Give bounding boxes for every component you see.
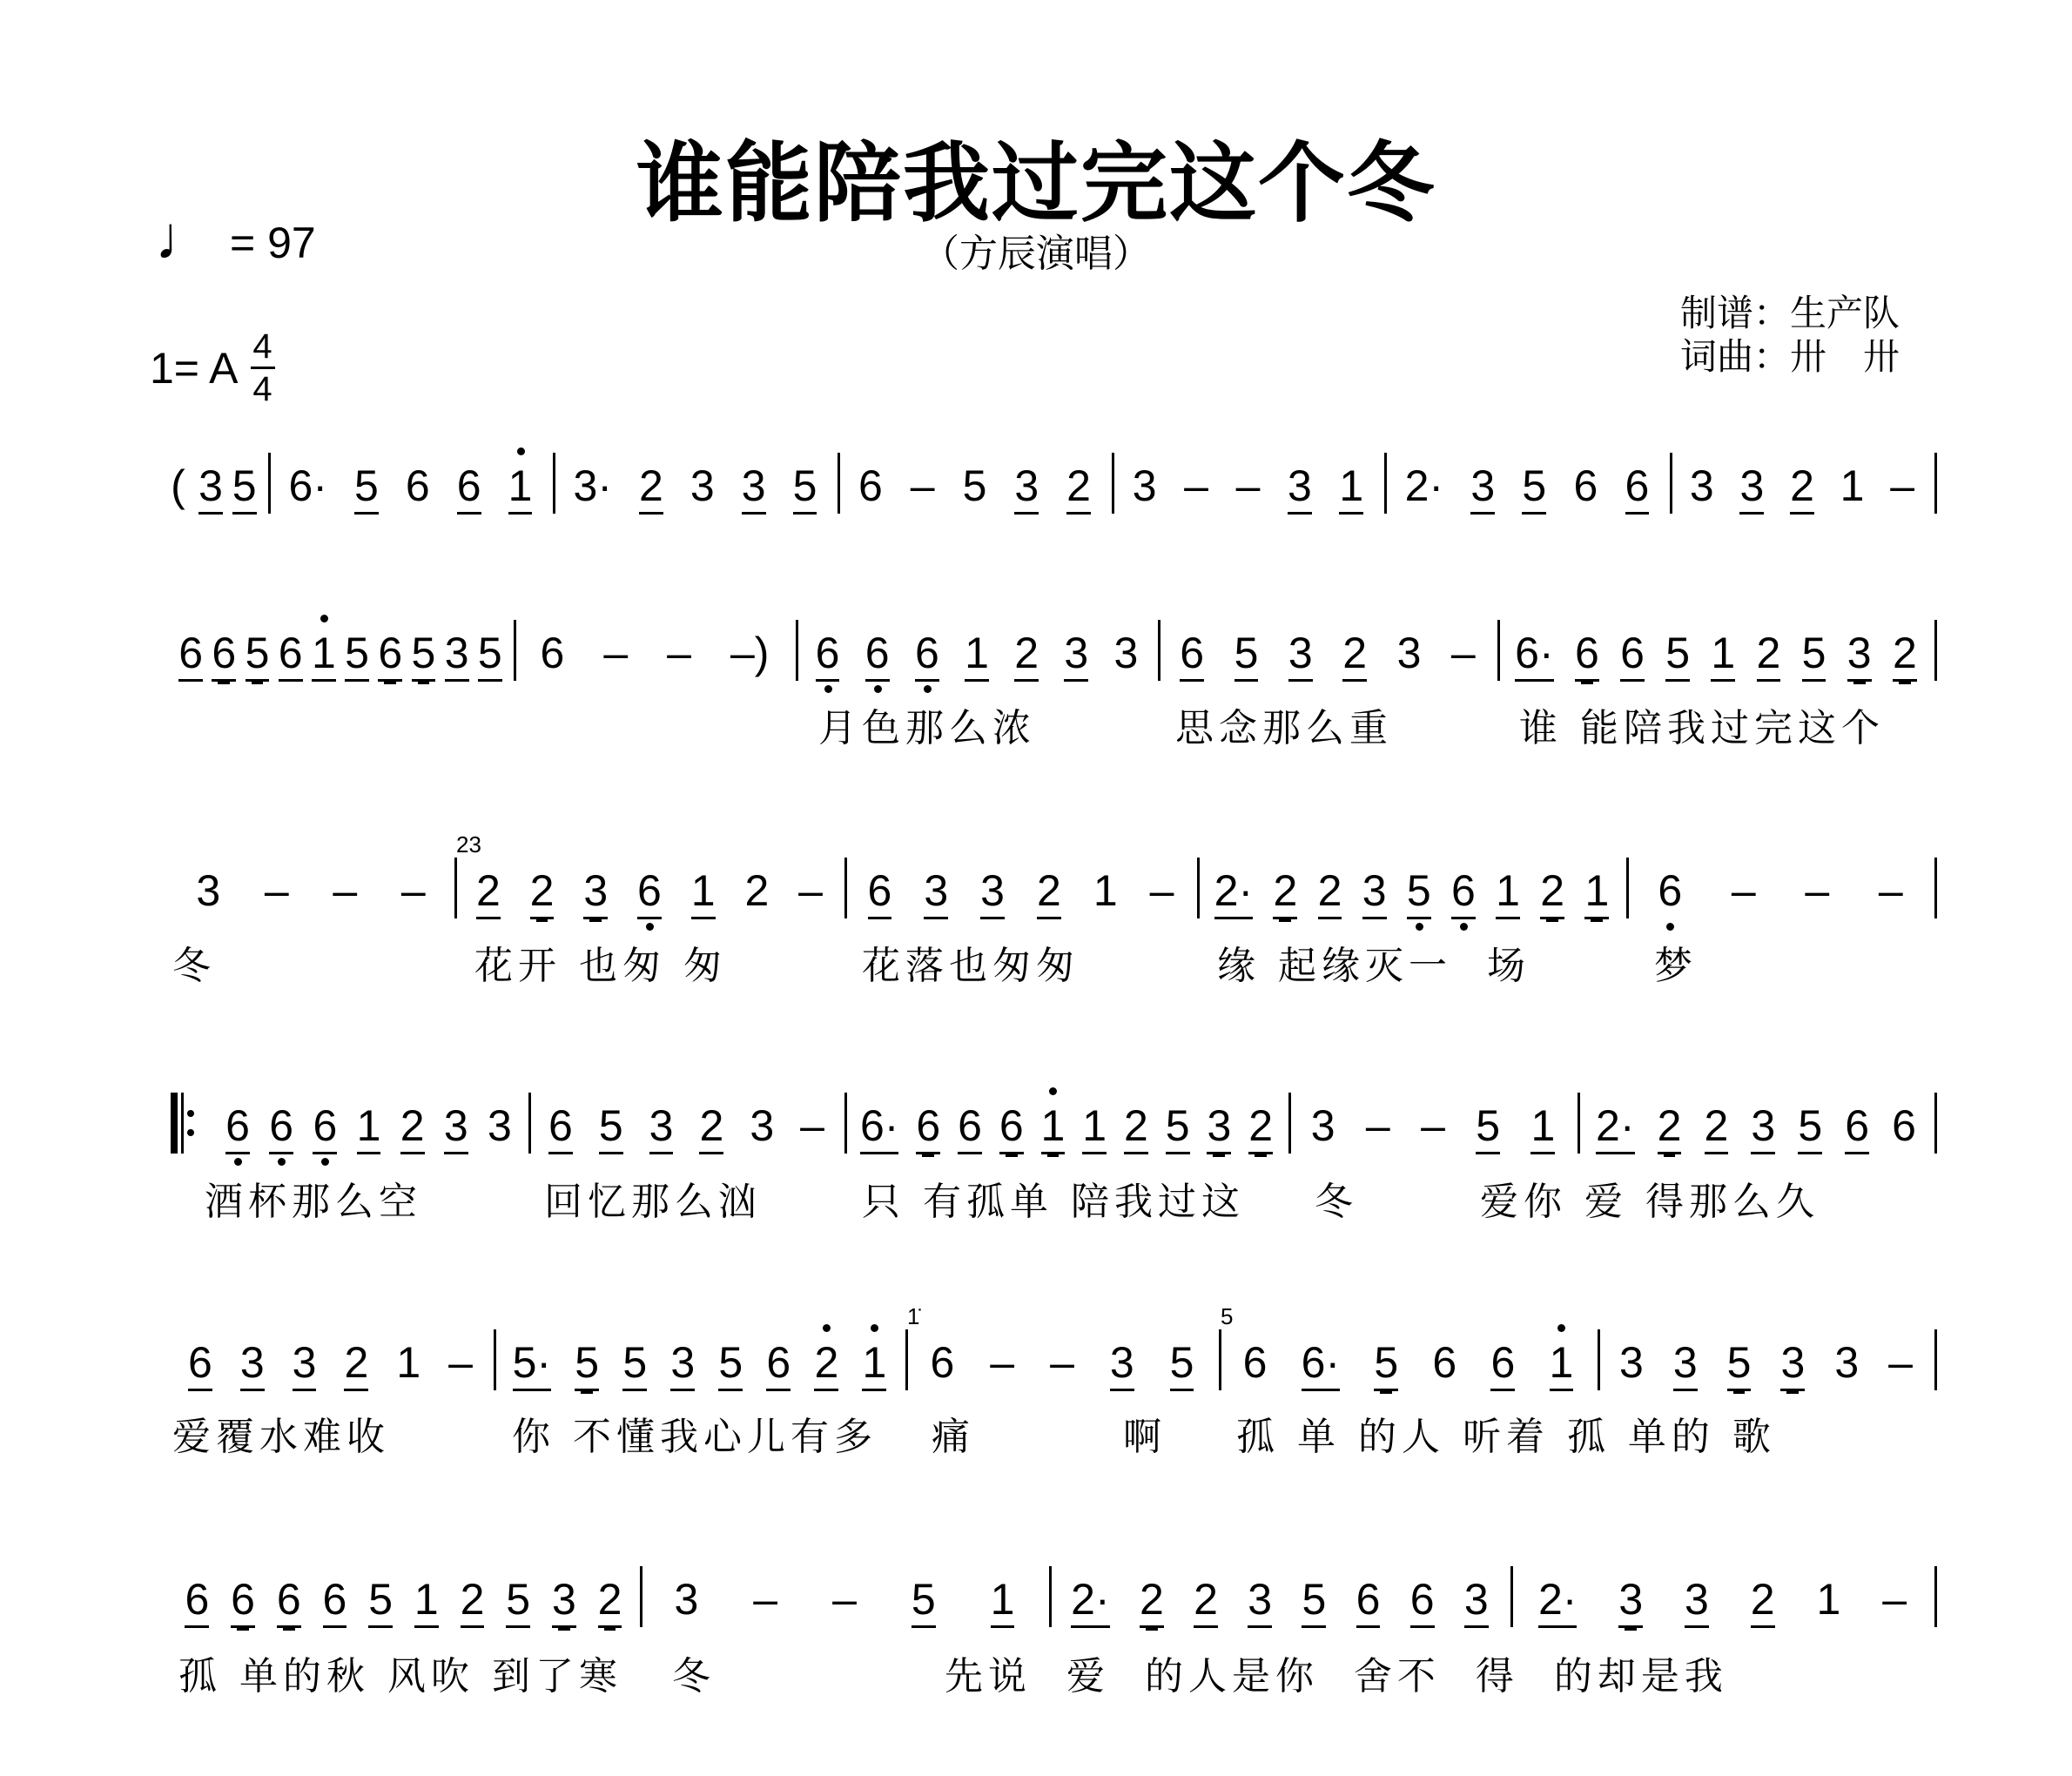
note: 6	[1845, 1093, 1869, 1154]
lyric-line: 啊	[1123, 1405, 1167, 1461]
note: 6	[313, 1093, 337, 1154]
note: 6	[548, 1093, 573, 1154]
note: 2	[744, 858, 769, 917]
measure: 6666512532	[174, 1566, 633, 1645]
lyric-line: 花开 也匆 匆	[474, 934, 727, 990]
barline	[528, 1093, 531, 1154]
lyric-line: 爱覆水难收	[172, 1405, 390, 1461]
note: 6	[1432, 1329, 1456, 1389]
dash-extension: –	[1888, 1329, 1913, 1389]
dash-extension: –	[667, 620, 691, 679]
dash-extension: –	[401, 858, 426, 917]
barline	[1934, 1093, 1937, 1154]
dash-extension: –	[1890, 453, 1914, 512]
tempo-marking: ♩ = 97	[155, 207, 316, 268]
dash-extension: –	[1732, 858, 1756, 917]
note: 5	[1802, 620, 1826, 682]
score-row: (356·56613·23356–5323––312·35663321–	[0, 453, 2072, 540]
note: 6·	[1302, 1329, 1340, 1391]
grace-note: 1̇	[907, 1303, 919, 1330]
note: 6	[1620, 620, 1645, 682]
grace-note: 23	[456, 831, 481, 858]
dash-extension: –	[1879, 858, 1903, 917]
lyric-line: 思念那么重	[1175, 696, 1393, 752]
note: 3	[1064, 620, 1088, 682]
note: 1	[312, 620, 336, 682]
note: 6	[865, 620, 890, 682]
measure: 2·3566	[1391, 453, 1663, 531]
dash-extension: –	[798, 858, 823, 917]
note: 3	[552, 1566, 576, 1628]
note: 5	[793, 453, 817, 515]
note: 6	[1490, 1329, 1515, 1391]
note: 5	[1166, 1093, 1190, 1154]
key-signature: 1= A 4 4	[150, 329, 275, 407]
dash-extension: –	[990, 1329, 1014, 1389]
note: 6	[1451, 858, 1476, 919]
note: 5	[575, 1329, 599, 1391]
lyric-line: 梦	[1654, 934, 1698, 990]
note: 2	[1342, 620, 1367, 682]
note: 3	[1690, 453, 1714, 512]
note: 3	[1739, 453, 1764, 515]
note: 1	[1093, 858, 1118, 917]
lyric-line: 冬	[172, 934, 216, 990]
note: 2·	[1596, 1093, 1634, 1154]
dash-extension: –	[1366, 1093, 1390, 1152]
measure: 66·56615	[1226, 1329, 1591, 1408]
note: 6	[858, 453, 883, 512]
tempo-value: = 97	[230, 218, 316, 268]
note: 2	[1194, 1566, 1218, 1628]
note: 1	[1041, 1093, 1066, 1154]
note: 2·	[1538, 1566, 1577, 1628]
note: 1	[508, 453, 533, 515]
note: 3	[240, 1329, 265, 1391]
high-octave-dot	[823, 1324, 831, 1332]
lyric-line: 缘 起缘灭一 场	[1217, 934, 1530, 990]
note: 5	[1522, 453, 1546, 515]
dash-extension: –	[1421, 1093, 1445, 1152]
note: 3	[1470, 453, 1495, 515]
note: (	[166, 453, 189, 512]
note: 6	[269, 1093, 293, 1154]
note: 2	[1318, 858, 1342, 919]
dash-extension: –	[1236, 453, 1261, 512]
dash-extension: –	[753, 1566, 777, 1625]
note: 5·	[513, 1329, 551, 1391]
note: 6	[915, 620, 939, 682]
note: 6	[185, 1566, 209, 1628]
note: 6	[277, 1566, 301, 1628]
measure: 3––31	[1119, 453, 1377, 531]
note: 1	[1082, 1093, 1107, 1154]
note: 6	[1573, 453, 1598, 512]
note: 6	[1575, 620, 1599, 682]
low-octave-dot	[874, 685, 882, 693]
barline	[1112, 453, 1114, 514]
note: 5	[912, 1566, 936, 1628]
note: 5	[1476, 1093, 1500, 1154]
note: 2	[461, 1566, 485, 1628]
note: 6	[916, 1093, 940, 1154]
lyric-line: 回忆那么汹	[544, 1170, 762, 1226]
note: 6	[323, 1566, 347, 1628]
note: 5	[1374, 1329, 1398, 1391]
note: 2	[1273, 858, 1297, 919]
note: 6	[225, 1093, 250, 1154]
note: 5	[1170, 1329, 1194, 1391]
note: 1	[1584, 858, 1609, 919]
note: 6	[1356, 1566, 1381, 1628]
note: 3·	[574, 453, 612, 512]
note: 5	[246, 620, 270, 682]
note: 3	[670, 1329, 695, 1391]
barline	[1598, 1329, 1600, 1390]
barline	[1197, 858, 1200, 918]
barline	[1934, 620, 1937, 681]
note: 5	[718, 1329, 743, 1391]
low-octave-dot	[1416, 923, 1423, 931]
note: 1	[357, 1093, 381, 1154]
note: 2	[1751, 1566, 1775, 1628]
note: 2	[1124, 1093, 1148, 1154]
barline	[1934, 1566, 1937, 1627]
note: 5	[622, 1329, 647, 1391]
barline	[640, 1566, 642, 1627]
low-octave-dot	[234, 1158, 242, 1166]
note: 5	[1665, 620, 1690, 682]
measure: 65323–	[535, 1093, 838, 1171]
note: 2	[1540, 858, 1564, 919]
lyric-line: 花落也匆匆	[862, 934, 1080, 990]
measure: 5·5535621	[501, 1329, 898, 1408]
low-octave-dot	[278, 1158, 286, 1166]
note: 1	[1711, 620, 1735, 682]
time-denominator: 4	[252, 372, 272, 407]
note: 5	[1407, 858, 1431, 919]
note: 6	[816, 620, 840, 682]
note: 2·	[1405, 453, 1443, 512]
note: 3	[444, 1093, 468, 1154]
note: 5	[368, 1566, 393, 1628]
note: 3	[1751, 1093, 1775, 1154]
low-octave-dot	[1460, 923, 1468, 931]
barline	[796, 620, 798, 681]
note: 1	[1496, 858, 1520, 919]
note: 6	[212, 620, 236, 682]
note: 2	[1140, 1566, 1164, 1628]
note: 2	[530, 858, 555, 919]
note: 1	[1530, 1093, 1555, 1154]
note: 1	[991, 1566, 1015, 1628]
note: 2	[1893, 620, 1917, 682]
barline	[454, 858, 457, 918]
note: 3	[1619, 1329, 1644, 1389]
quarter-note-icon: ♩	[155, 207, 216, 268]
note: 3	[198, 453, 223, 515]
note: 3	[1288, 620, 1313, 682]
barline	[1384, 453, 1387, 514]
note: 2	[1037, 858, 1061, 919]
dash-extension: –	[1805, 858, 1829, 917]
dash-extension: –	[1882, 1566, 1907, 1625]
measure: 6·5661	[275, 453, 546, 531]
note: 6·	[1515, 620, 1553, 682]
credits: 制谱：生产队 词曲：卅 卅	[1680, 292, 1900, 379]
note: 3	[445, 620, 469, 682]
measure: 223612–23	[461, 858, 838, 936]
note: 1	[414, 1566, 439, 1628]
note: 3	[674, 1566, 698, 1625]
note: 6	[1892, 1093, 1916, 1152]
arranger-credit: 制谱：生产队	[1680, 292, 1900, 335]
barline	[1934, 1329, 1937, 1390]
note: 6·	[289, 453, 327, 512]
note: 5	[478, 620, 502, 682]
grace-note: 5	[1221, 1303, 1233, 1330]
measure: 6656156535	[174, 620, 507, 698]
note: 3	[1133, 453, 1157, 512]
note: 6	[279, 620, 303, 682]
barline	[553, 453, 555, 514]
note: 6	[1410, 1566, 1435, 1628]
note: 3	[1288, 453, 1312, 515]
note: 5	[506, 1566, 530, 1628]
note: 3	[1248, 1566, 1272, 1628]
note: 6	[766, 1329, 790, 1391]
score-row: 3–––223612–2363321–2·223561216–––	[0, 858, 2072, 945]
barline	[1288, 1093, 1291, 1154]
note: 3	[1110, 1329, 1134, 1391]
note: 3	[690, 453, 715, 512]
note: 3	[1673, 1329, 1698, 1391]
high-octave-dot	[1557, 1324, 1565, 1332]
low-octave-dot	[1666, 923, 1674, 931]
note: 6	[930, 1329, 954, 1389]
note: 6	[868, 858, 892, 919]
measure: 3321–	[1677, 453, 1927, 531]
note: 3	[583, 858, 608, 919]
measure: 3––51	[647, 1566, 1042, 1645]
note: 2	[476, 858, 501, 919]
time-signature: 4 4	[251, 329, 275, 407]
note: 1	[1550, 1329, 1574, 1391]
dash-extension: –	[603, 620, 628, 679]
dash-extension: –	[1451, 620, 1476, 679]
note: 2·	[1071, 1566, 1109, 1628]
dash-extension: –	[1050, 1329, 1074, 1389]
note: 5	[232, 453, 257, 515]
barline	[1510, 1566, 1513, 1627]
measure: 6·66512532	[1504, 620, 1927, 698]
note: 2	[699, 1093, 723, 1154]
note: 3	[1014, 453, 1039, 515]
note: 3	[293, 1329, 317, 1391]
measure: 33533–	[1604, 1329, 1927, 1408]
repeat-start-sign	[171, 1093, 194, 1154]
note: 2	[400, 1093, 425, 1154]
barline	[1670, 453, 1672, 514]
note: 6	[188, 1329, 212, 1391]
note: 5	[963, 453, 987, 512]
lyric-line: 酒杯那么空	[205, 1170, 422, 1226]
note: 2	[1658, 1093, 1682, 1154]
dash-extension: –	[832, 1566, 857, 1625]
lyric-line: 月色那么浓	[818, 696, 1036, 752]
note: 6·	[860, 1093, 898, 1154]
note: 3	[924, 858, 948, 919]
note: 2	[1248, 1093, 1273, 1154]
note: 2	[814, 1329, 838, 1391]
note: 3	[1397, 620, 1422, 679]
dash-extension: –	[265, 858, 289, 917]
high-octave-dot	[871, 1324, 878, 1332]
note: 5	[1234, 620, 1259, 682]
high-octave-dot	[1049, 1087, 1057, 1095]
note: 6	[1180, 620, 1204, 682]
barline	[1626, 858, 1629, 918]
measure: 2·2235663	[1056, 1566, 1504, 1645]
note: 6	[406, 453, 430, 512]
dash-extension: –	[333, 858, 357, 917]
lyric-line: 痛	[932, 1405, 975, 1461]
low-octave-dot	[321, 1158, 329, 1166]
note: 6	[1243, 1329, 1268, 1389]
barline	[1158, 620, 1160, 681]
note: 6	[637, 858, 662, 919]
measure: 3·2335	[560, 453, 831, 531]
measure: 2·223566	[1584, 1093, 1927, 1171]
high-octave-dot	[320, 615, 328, 622]
lyric-line: 先说 爱 的人是你 舍不 得 的却是我	[945, 1645, 1728, 1700]
note: 2	[344, 1329, 368, 1391]
measure: 2·22356121	[1204, 858, 1619, 936]
barline	[494, 1329, 496, 1390]
note: 6	[178, 620, 203, 682]
note: 1	[1339, 453, 1363, 515]
barline	[1934, 858, 1937, 918]
lyric-line: 孤 单 的人 听着 孤 单的 歌	[1236, 1405, 1776, 1461]
barline	[1049, 1566, 1052, 1627]
note: 1	[396, 1329, 420, 1389]
dash-extension: –	[1150, 858, 1174, 917]
note: 6	[1658, 858, 1682, 917]
lyric-line: 你 不懂我心儿有多	[512, 1405, 878, 1461]
note: 2	[1790, 453, 1814, 515]
note: 1	[691, 858, 716, 919]
note: 2	[1014, 620, 1039, 682]
note: 3	[488, 1093, 512, 1152]
measure: 2·3321–	[1517, 1566, 1927, 1645]
note: 6	[541, 620, 565, 679]
score-row: 66561565356–––)666123365323–6·66512532	[0, 620, 2072, 707]
note: 3	[742, 453, 766, 515]
note: 2	[639, 453, 663, 515]
dash-extension: –)	[730, 620, 769, 679]
note: 3	[196, 858, 220, 917]
note: 5	[1727, 1329, 1752, 1391]
lyric-line: 只 有孤单 陪我过这	[862, 1170, 1245, 1226]
score-row: 666123365323–6·6661125323––512·223566	[0, 1093, 2072, 1180]
lyric-line: 冬	[672, 1645, 716, 1700]
measure: 63321–	[851, 858, 1190, 936]
low-octave-dot	[924, 685, 932, 693]
dash-extension: –	[911, 453, 935, 512]
barline	[844, 858, 847, 918]
note: 5	[354, 453, 379, 515]
score-row: 63321–5·55356216––351̇66·5661533533–	[0, 1329, 2072, 1416]
low-octave-dot	[824, 685, 832, 693]
measure: 6–532	[844, 453, 1105, 531]
note: 3	[1780, 1329, 1805, 1391]
lyric-line: 冬	[1315, 1170, 1358, 1226]
note: 3	[1685, 1566, 1709, 1628]
high-octave-dot	[517, 447, 525, 455]
note: 3	[1847, 620, 1872, 682]
barline	[905, 1329, 908, 1390]
measure: 6661233	[803, 620, 1151, 698]
note: 2	[1757, 620, 1781, 682]
key-label: 1= A	[150, 343, 239, 394]
lyric-line: 孤 单的秋 风吹 到了寒	[178, 1645, 622, 1700]
note: 1	[965, 620, 989, 682]
measure: 6·666112532	[851, 1093, 1282, 1171]
note: 6	[457, 453, 481, 515]
note: 3	[750, 1093, 774, 1152]
dash-extension: –	[448, 1329, 473, 1389]
dash-extension: –	[800, 1093, 824, 1152]
lyric-line: 爱你 爱 得那么久	[1480, 1170, 1820, 1226]
measure: 6661233	[216, 1093, 521, 1171]
note: 1	[862, 1329, 886, 1391]
barline	[844, 1093, 847, 1154]
barline	[268, 453, 271, 514]
barline	[1934, 453, 1937, 514]
barline	[838, 453, 840, 514]
note: 6	[999, 1093, 1024, 1154]
note: 3	[649, 1093, 674, 1154]
note: 6	[958, 1093, 982, 1154]
note: 3	[1834, 1329, 1859, 1389]
low-octave-dot	[646, 923, 654, 931]
composer-credit: 词曲：卅 卅	[1680, 335, 1900, 379]
note: 1	[1816, 1566, 1840, 1625]
note: 2	[1705, 1093, 1729, 1154]
note: 5	[599, 1093, 623, 1154]
score-row: 66665125323––512·22356632·3321–	[0, 1566, 2072, 1653]
measure: 3–––	[174, 858, 447, 936]
lyric-line: 谁 能陪我过完这个	[1519, 696, 1885, 752]
measure: 6–––)	[521, 620, 789, 698]
measure: 3––51	[1295, 1093, 1571, 1171]
note: 3	[1618, 1566, 1643, 1628]
measure: 6––351̇	[912, 1329, 1212, 1408]
note: 5	[412, 620, 436, 682]
barline	[1497, 620, 1500, 681]
note: 2	[1066, 453, 1091, 515]
note: 6	[378, 620, 402, 682]
note: 3	[980, 858, 1005, 919]
note: 5	[1302, 1566, 1326, 1628]
note: 3	[1311, 1093, 1335, 1152]
barline	[1219, 1329, 1221, 1390]
note: 2·	[1214, 858, 1253, 919]
dash-extension: –	[1184, 453, 1208, 512]
note: 2	[598, 1566, 622, 1628]
barline	[1578, 1093, 1580, 1154]
note: 3	[1207, 1093, 1231, 1154]
